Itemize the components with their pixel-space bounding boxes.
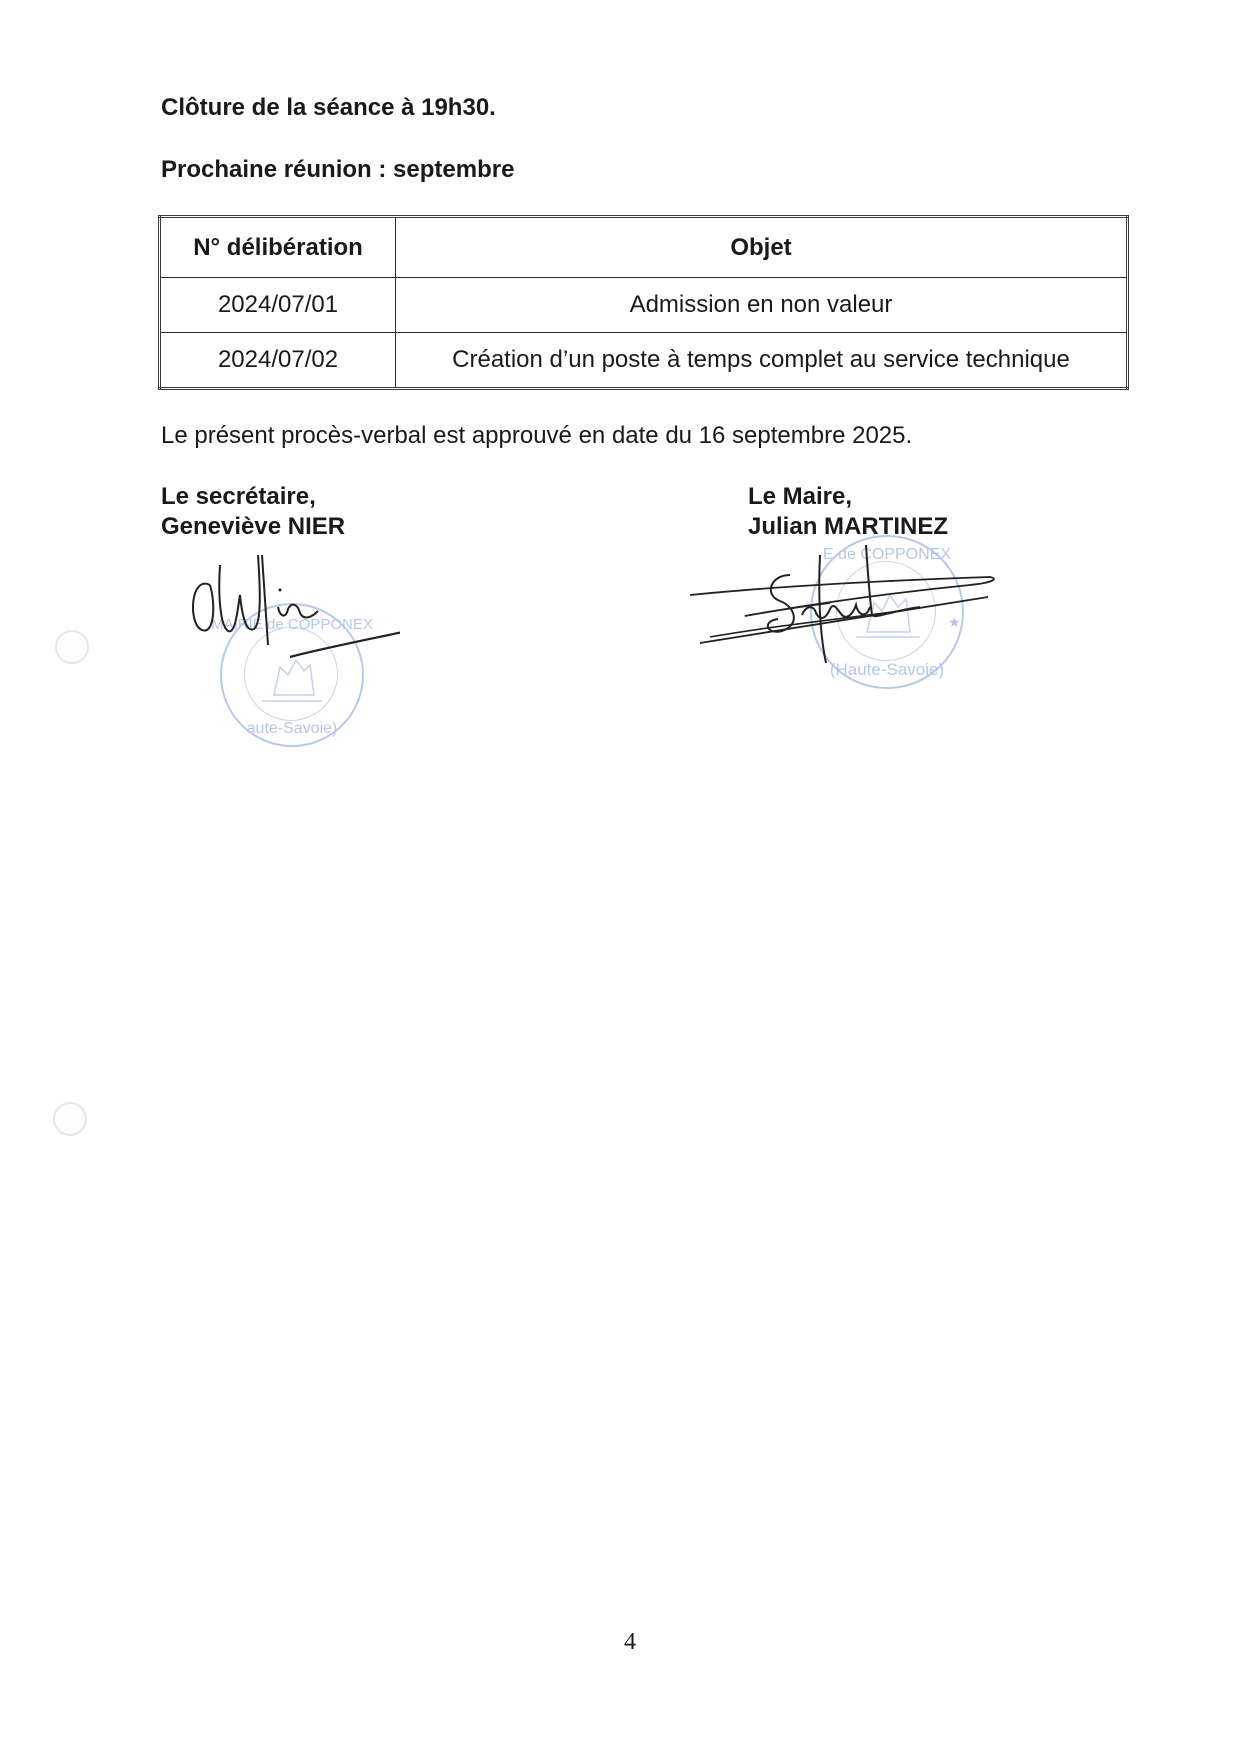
next-meeting-statement: Prochaine réunion : septembre: [161, 156, 514, 184]
secretary-title: Le secrétaire,: [161, 483, 316, 511]
table-row: 2024/07/01 Admission en non valeur: [160, 278, 1128, 333]
closing-statement: Clôture de la séance à 19h30.: [161, 94, 496, 122]
deliberation-number: 2024/07/01: [160, 278, 396, 333]
punch-hole-icon: [53, 1102, 87, 1136]
approval-statement: Le présent procès-verbal est approuvé en…: [161, 422, 912, 450]
deliberation-object: Création d’un poste à temps complet au s…: [396, 333, 1128, 389]
deliberations-table: N° délibération Objet 2024/07/01 Admissi…: [158, 215, 1129, 390]
mayor-title: Le Maire,: [748, 483, 852, 511]
secretary-name: Geneviève NIER: [161, 513, 345, 541]
mayor-signature-icon: [670, 535, 1010, 670]
header-deliberation-number: N° délibération: [160, 217, 396, 278]
table-header-row: N° délibération Objet: [160, 217, 1128, 278]
page-number: 4: [620, 1628, 640, 1656]
svg-text:aute-Savoie): aute-Savoie): [247, 720, 338, 737]
deliberation-number: 2024/07/02: [160, 333, 396, 389]
punch-hole-icon: [55, 630, 89, 664]
deliberation-object: Admission en non valeur: [396, 278, 1128, 333]
header-object: Objet: [396, 217, 1128, 278]
table-row: 2024/07/02 Création d’un poste à temps c…: [160, 333, 1128, 389]
secretary-signature-icon: [180, 545, 400, 675]
